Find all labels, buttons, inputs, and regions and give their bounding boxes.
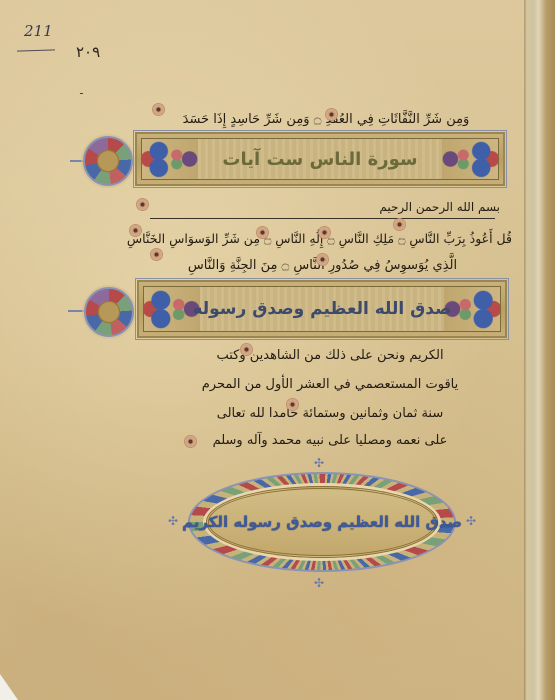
closing-header-title: صدق الله العظيم وصدق رسوله	[200, 287, 444, 331]
closing-header-panel: صدق الله العظيم وصدق رسوله	[143, 286, 501, 332]
surah-header-band: سورة الناس ست آيات	[135, 132, 505, 186]
verse-rosette-icon	[286, 398, 299, 411]
colophon-line-4: على نعمه ومصليا على نبيه محمد وآله وسلم	[180, 433, 480, 448]
verse-rosette-icon	[318, 226, 331, 239]
surah-header-panel: سورة الناس ست آيات	[141, 138, 499, 180]
medallion-stem	[68, 310, 84, 312]
verse-rosette-icon	[316, 253, 329, 266]
verse-rosette-icon	[129, 224, 142, 237]
verse-rosette-icon	[184, 435, 197, 448]
verse-rosette-icon	[150, 248, 163, 261]
torn-corner	[0, 674, 18, 700]
verse-rosette-icon	[240, 343, 253, 356]
side-medallion-icon	[84, 287, 134, 337]
verse-rosette-icon	[325, 108, 338, 121]
verse-rosette-icon	[136, 198, 149, 211]
folio-number-arabic: ٢٠٩	[76, 43, 100, 61]
verse-rosette-icon	[256, 226, 269, 239]
floral-ornament-icon	[442, 139, 498, 179]
finial-right-icon: ✣	[466, 514, 476, 528]
basmala: بسم الله الرحمن الرحيم	[170, 200, 500, 214]
finial-top-icon: ✣	[314, 456, 324, 470]
binding-gutter	[525, 0, 555, 700]
surah-header-title: سورة الناس ست آيات	[198, 139, 442, 179]
colophon-line-1: الكريم ونحن على ذلك من الشاهدين وكتب	[180, 348, 480, 363]
basmala-extension-stroke	[150, 218, 495, 219]
gutter-edge-shadow	[524, 0, 527, 700]
floral-ornament-icon	[142, 139, 198, 179]
closing-header-band: صدق الله العظيم وصدق رسوله	[137, 280, 507, 338]
folio-number-latin: 211	[24, 22, 53, 40]
folio-number-underline	[17, 49, 55, 51]
closing-medallion: صدق الله العظيم وصدق رسوله الكريم ✣ ✣ ✣ …	[180, 462, 464, 582]
finial-bottom-icon: ✣	[314, 576, 324, 590]
colophon-line-2: ياقوت المستعصمي في العشر الأول من المحرم	[180, 377, 480, 392]
verse-rosette-icon	[152, 103, 165, 116]
verse-rosette-icon	[393, 218, 406, 231]
floral-ornament-icon	[444, 287, 500, 331]
manuscript-page: 211 ٢٠٩ ـ وَمِن شَرِّ النَّفَّاثَاتِ فِي…	[0, 0, 555, 700]
finial-left-icon: ✣	[168, 514, 178, 528]
medallion-inscription: صدق الله العظيم وصدق رسوله الكريم	[180, 462, 464, 582]
side-medallion-icon	[83, 136, 133, 186]
catchword-mark: ـ	[80, 86, 83, 97]
colophon-line-3: سنة ثمان وثمانين وستمائة حامدا لله تعالى	[180, 406, 480, 421]
medallion-stem	[70, 160, 84, 162]
